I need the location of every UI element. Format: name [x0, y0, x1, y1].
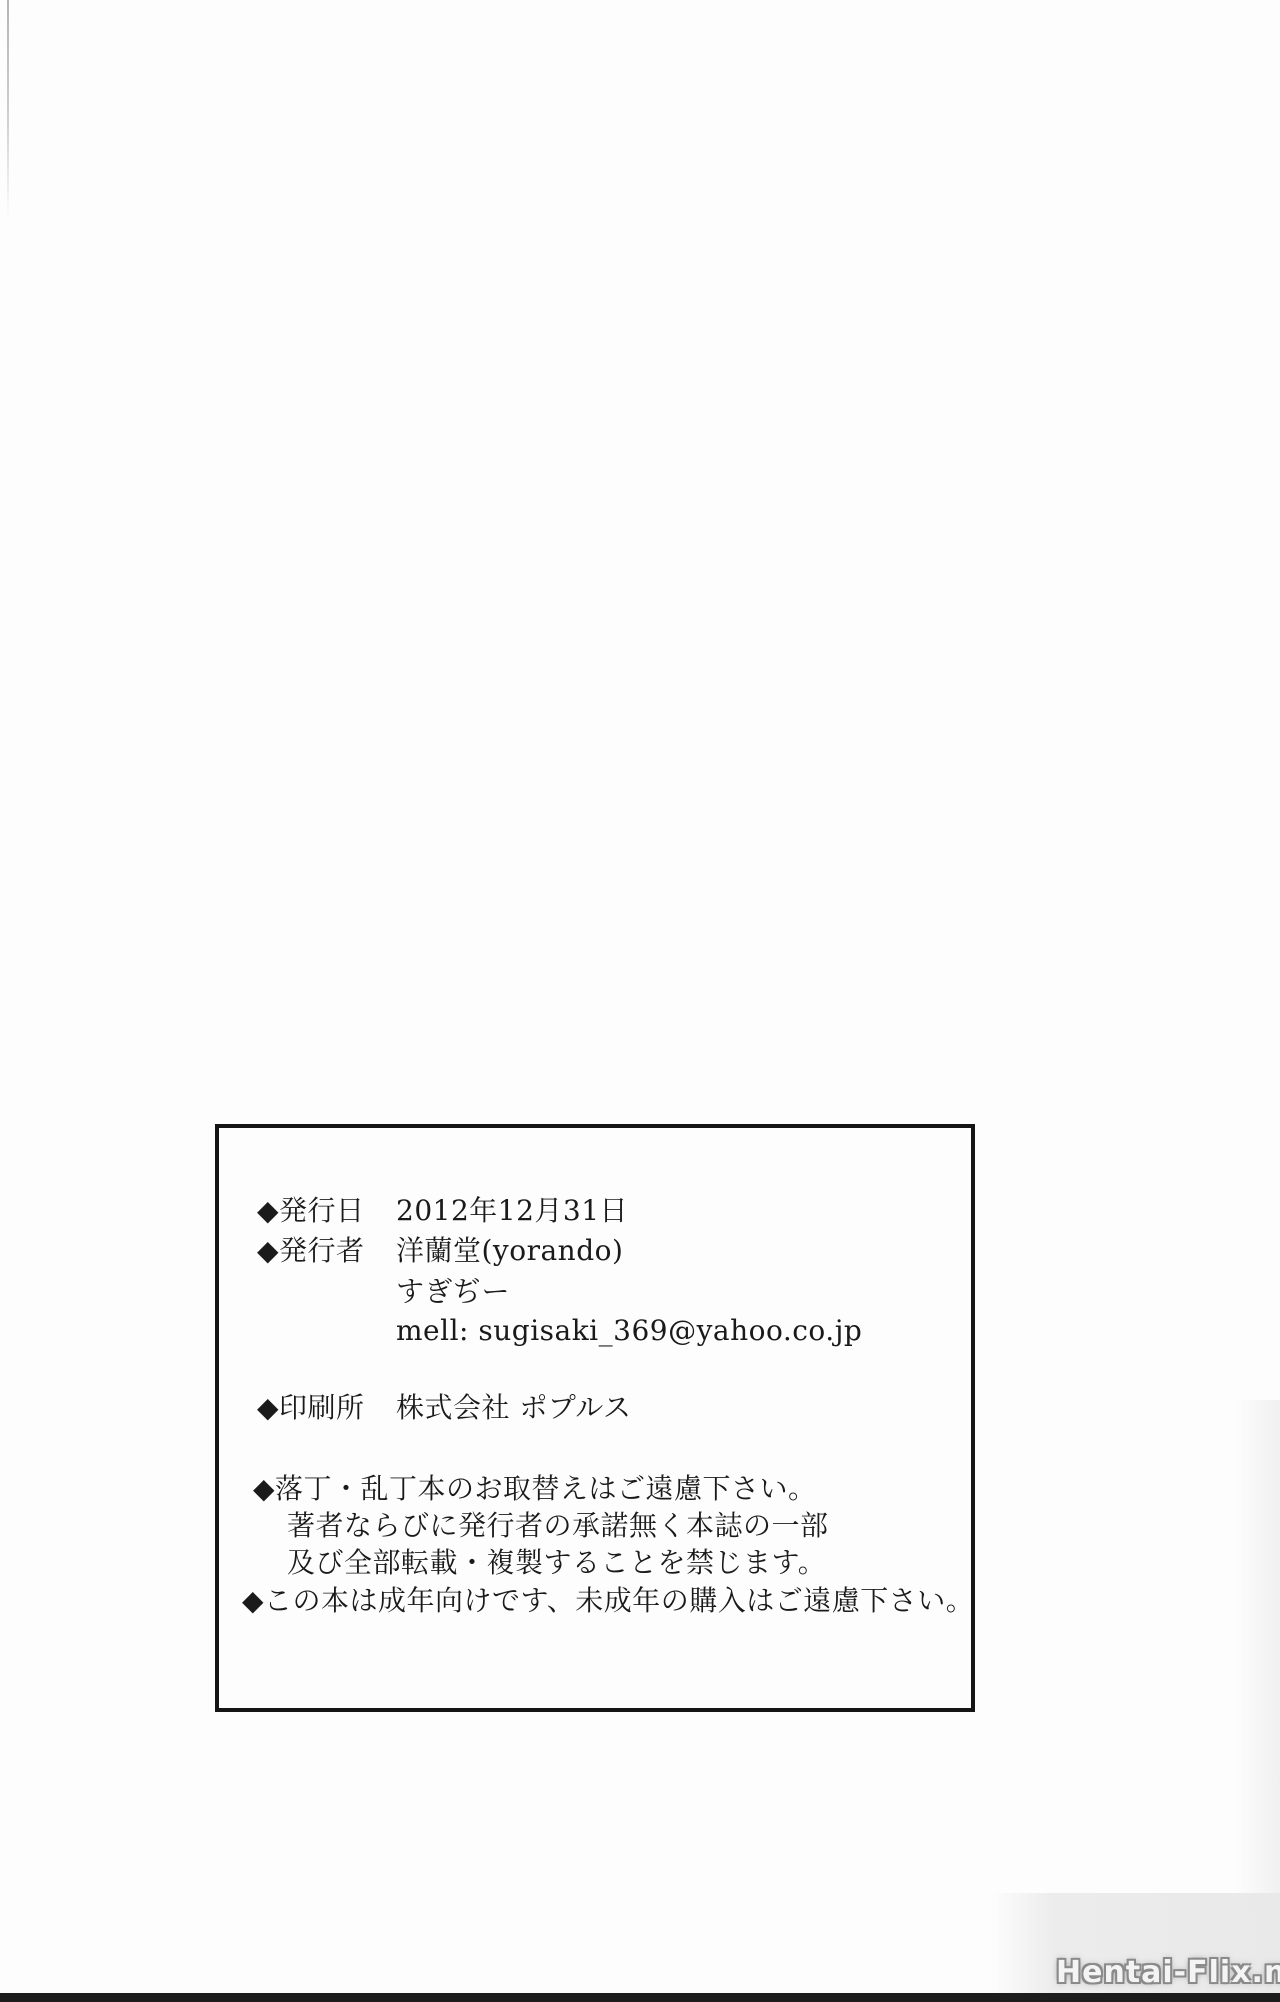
- site-watermark: Hentai-Flix.net: [1056, 1956, 1280, 1990]
- scan-edge-strip: [0, 1993, 1280, 2002]
- publish-date-value: 2012年12月31日: [396, 1194, 628, 1228]
- publisher-label: ◆発行者: [257, 1234, 365, 1268]
- notice-line-copyright-2: 及び全部転載・複製することを禁じます。: [287, 1546, 826, 1580]
- publish-date-label: ◆発行日: [257, 1194, 365, 1228]
- author-name: すぎぢー: [396, 1275, 510, 1309]
- scan-artifact-line: [7, 0, 9, 218]
- notice-line-copyright-1: 著者ならびに発行者の承諾無く本誌の一部: [287, 1509, 829, 1543]
- scan-edge-shading: [1235, 1400, 1280, 1910]
- printer-label: ◆印刷所: [257, 1391, 365, 1425]
- scanned-page: ◆発行日 2012年12月31日 ◆発行者 洋蘭堂(yorando) すぎぢー …: [0, 0, 1280, 2002]
- colophon-box: ◆発行日 2012年12月31日 ◆発行者 洋蘭堂(yorando) すぎぢー …: [215, 1124, 975, 1712]
- publisher-value: 洋蘭堂(yorando): [396, 1234, 623, 1268]
- printer-value: 株式会社 ポプルス: [396, 1391, 631, 1425]
- notice-line-defects: ◆落丁・乱丁本のお取替えはご遠慮下さい。: [253, 1472, 817, 1506]
- notice-line-adults-only: ◆この本は成年向けです、未成年の購入はご遠慮下さい。: [242, 1584, 974, 1618]
- contact-email: mell: sugisaki_369@yahoo.co.jp: [396, 1314, 862, 1348]
